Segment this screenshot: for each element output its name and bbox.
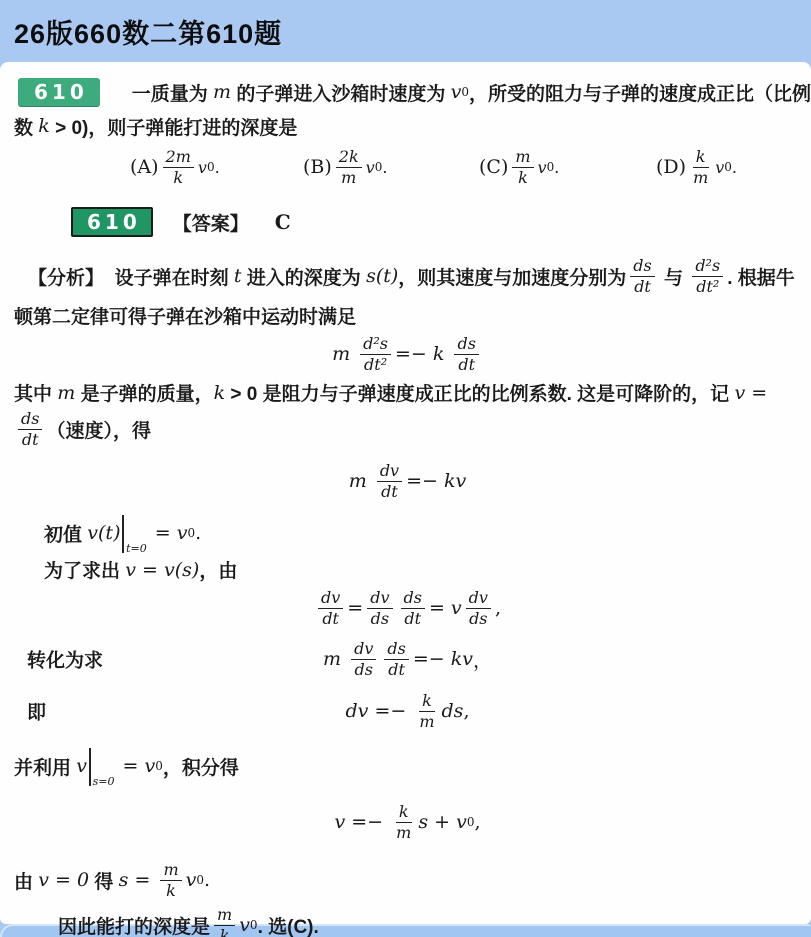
var-k: k bbox=[433, 343, 451, 365]
var-v: v bbox=[144, 755, 155, 777]
analysis-line-8: 由 v = 0 得 s = mk v0. bbox=[14, 859, 801, 901]
var-v-equals-vs: v = v(s) bbox=[125, 559, 199, 581]
answer-row: 610 【答案】 C bbox=[71, 206, 801, 238]
equals-minus: =− bbox=[395, 343, 433, 365]
analysis-text: 因此能打的深度是 bbox=[58, 912, 210, 937]
var-m: m bbox=[332, 343, 356, 365]
analysis-text: 是子弹的质量， bbox=[75, 379, 213, 406]
fraction-dv-dt: dvdt bbox=[318, 589, 343, 628]
var-ds: ds bbox=[442, 700, 464, 722]
equals-minus: =− bbox=[406, 470, 444, 492]
period: . bbox=[554, 158, 559, 177]
fraction-denominator: k bbox=[163, 881, 179, 900]
analysis-text: 进入的深度为 bbox=[242, 263, 367, 290]
var-v: v bbox=[186, 869, 197, 891]
var-k: k bbox=[214, 382, 226, 404]
fraction-dv-ds: dvds bbox=[351, 640, 376, 679]
plus: + bbox=[428, 811, 456, 833]
period: . bbox=[195, 522, 201, 544]
var-m: m bbox=[57, 382, 75, 404]
side-label-transform: 转化为求 bbox=[27, 646, 103, 673]
fraction-dv-ds: dvds bbox=[466, 589, 491, 628]
var-v: v bbox=[239, 914, 250, 936]
fraction-numerator: dv bbox=[351, 640, 376, 660]
equals: = bbox=[429, 597, 451, 619]
equals-minus: =− bbox=[351, 811, 389, 833]
analysis-text: 其中 bbox=[14, 379, 57, 406]
fraction-numerator: dv bbox=[377, 462, 402, 482]
analysis-text: 由 bbox=[14, 867, 38, 894]
formula-chain-rule: dvdt = dvds dsdt = v dvds , bbox=[14, 585, 801, 631]
fraction-denominator: k bbox=[217, 926, 233, 937]
option-a: (A) 2mk v0. bbox=[130, 148, 303, 187]
var-v-sub: 0 bbox=[724, 160, 732, 174]
fraction-numerator: dv bbox=[466, 589, 491, 609]
evaluation-subscript: t=0 bbox=[126, 542, 147, 555]
var-v-sub: 0 bbox=[547, 160, 555, 174]
formula-mdvdt: m dvdt =− kv bbox=[14, 458, 801, 504]
vertical-bar bbox=[122, 515, 124, 553]
analysis-text: ，积分得 bbox=[163, 753, 239, 780]
analysis-text: 初值 bbox=[44, 520, 87, 547]
side-label-namely: 即 bbox=[27, 698, 46, 725]
analysis-line-3: 其中 m 是子弹的质量， k > 0 是阻力与子弹速度成正比的比例系数. 这是可… bbox=[14, 379, 801, 406]
fraction-denominator: dt bbox=[401, 609, 424, 628]
analysis-text: 顿第二定律可得子弹在沙箱中运动时满足 bbox=[14, 302, 356, 329]
vertical-bar bbox=[89, 748, 91, 786]
analysis-text: 设子弹在时刻 bbox=[104, 263, 234, 290]
var-dv: dv bbox=[346, 700, 375, 722]
comma: , bbox=[495, 597, 501, 619]
period: . bbox=[382, 158, 387, 177]
analysis-line-1: 【分析】 设子弹在时刻 t 进入的深度为 s(t) ，则其速度与加速度分别为 d… bbox=[28, 252, 801, 300]
option-label: (A) bbox=[130, 156, 159, 178]
analysis-text: 得 bbox=[89, 867, 119, 894]
fraction-numerator: ds bbox=[384, 640, 408, 660]
fraction-denominator: dt bbox=[385, 660, 408, 679]
var-v: v bbox=[451, 81, 462, 103]
evaluation-bar: t=0 bbox=[122, 513, 146, 553]
fraction-numerator: m bbox=[160, 861, 181, 881]
page-title: 26版660数二第610题 bbox=[14, 12, 282, 51]
fraction-numerator: k bbox=[396, 803, 412, 823]
var-v-sub: 0 bbox=[461, 85, 469, 99]
var-v-sub: 0 bbox=[207, 160, 215, 174]
analysis-line-6: 为了求出 v = v(s) ，由 bbox=[44, 556, 801, 583]
fraction-numerator: k bbox=[693, 148, 709, 168]
fraction-dv-ds: dvds bbox=[367, 589, 392, 628]
equals: = bbox=[116, 755, 144, 777]
equals: = bbox=[128, 869, 156, 891]
fraction-k-m: km bbox=[416, 692, 437, 731]
fraction-ds-dt: dsdt bbox=[454, 335, 478, 374]
analysis-text: > 0 是阻力与子弹速度成正比的比例系数. 这是可降阶的，记 bbox=[225, 379, 734, 406]
var-m: m bbox=[213, 81, 231, 103]
var-v-of-t: v(t) bbox=[87, 522, 120, 544]
period: . bbox=[215, 158, 220, 177]
options-row: (A) 2mk v0. (B) 2km v0. (C) mk v0. (D) k… bbox=[14, 144, 801, 190]
analysis-text: 并利用 bbox=[14, 753, 76, 780]
analysis-label: 【分析】 bbox=[28, 263, 104, 290]
evaluation-subscript: s=0 bbox=[93, 775, 115, 788]
var-v: v bbox=[715, 158, 724, 177]
analysis-row-namely: 即 dv =− km ds , bbox=[14, 687, 801, 735]
fraction-ds-dt: dsdt bbox=[401, 589, 425, 628]
question-text: 的子弹进入沙箱时速度为 bbox=[231, 79, 451, 106]
fraction-denominator: dt bbox=[319, 609, 342, 628]
analysis-row-transform: 转化为求 m dvds dsdt =− kv ， bbox=[14, 635, 801, 683]
analysis-line-7: 并利用 v s=0 = v0 ，积分得 bbox=[14, 743, 801, 789]
var-v-sub: 0 bbox=[187, 526, 195, 540]
var-v-zero: v = 0 bbox=[38, 869, 89, 891]
fraction-numerator: ds bbox=[18, 410, 42, 430]
fraction-numerator: 2k bbox=[336, 148, 362, 168]
comma: ， bbox=[473, 646, 492, 673]
fraction-denominator: ds bbox=[368, 609, 392, 628]
option-label: (B) bbox=[303, 156, 332, 178]
question-line-2: 数 k > 0)，则子弹能打进的深度是 bbox=[14, 112, 801, 140]
var-s-of-t: s(t) bbox=[366, 265, 398, 287]
fraction-d2s-dt2: d²sdt² bbox=[360, 335, 391, 374]
fraction: 2mk bbox=[163, 148, 194, 187]
option-d: (D) km v0. bbox=[656, 148, 737, 187]
fraction-numerator: m bbox=[214, 906, 235, 926]
var-kv: kv bbox=[451, 648, 473, 670]
var-v-sub: 0 bbox=[375, 160, 383, 174]
fraction-ds-dt: dsdt bbox=[630, 257, 654, 296]
analysis-text: . 选(C). bbox=[258, 912, 319, 937]
fraction-numerator: ds bbox=[401, 589, 425, 609]
formula-velocity: v =− km s + v0 , bbox=[14, 799, 801, 845]
answer-label: 【答案】 bbox=[173, 209, 249, 236]
var-v-sub: 0 bbox=[467, 815, 475, 829]
var-v: v bbox=[198, 158, 207, 177]
var-v: v bbox=[538, 158, 547, 177]
analysis-line-4: dsdt （速度），得 bbox=[14, 408, 801, 450]
var-k: k bbox=[38, 115, 50, 137]
question-text: ，所受的阻力与子弹的速度成正比（比例系 bbox=[469, 79, 811, 106]
var-v: v bbox=[456, 811, 467, 833]
var-v: v bbox=[76, 755, 87, 777]
fraction-numerator: d²s bbox=[692, 257, 723, 277]
comma: , bbox=[474, 811, 480, 833]
fraction-denominator: ds bbox=[351, 660, 375, 679]
comma: , bbox=[463, 700, 469, 722]
fraction-denominator: m bbox=[690, 168, 711, 187]
fraction-numerator: m bbox=[512, 148, 533, 168]
question-text: 数 bbox=[14, 113, 38, 140]
equals-minus: =− bbox=[374, 700, 412, 722]
fraction-numerator: ds bbox=[454, 335, 478, 355]
fraction-denominator: m bbox=[393, 823, 414, 842]
question-line-1: 610 一质量为 m 的子弹进入沙箱时速度为 v0 ，所受的阻力与子弹的速度成正… bbox=[18, 78, 801, 106]
fraction-numerator: 2m bbox=[163, 148, 194, 168]
period: . bbox=[204, 869, 210, 891]
formula-newton: m d²sdt² =− k dsdt bbox=[14, 331, 801, 377]
var-t: t bbox=[234, 265, 242, 287]
equals: = bbox=[149, 522, 177, 544]
fraction-denominator: dt bbox=[378, 482, 401, 501]
equals-minus: =− bbox=[413, 648, 451, 670]
fraction: 2km bbox=[336, 148, 362, 187]
analysis-text: （速度），得 bbox=[46, 416, 151, 443]
analysis-text: 为了求出 bbox=[44, 556, 125, 583]
analysis-text: ，则其速度与加速度分别为 bbox=[398, 263, 626, 290]
analysis-line-5: 初值 v(t) t=0 = v0. bbox=[44, 512, 801, 554]
fraction-dv-dt: dvdt bbox=[377, 462, 402, 501]
var-v: v bbox=[366, 158, 375, 177]
header-bar: 26版660数二第610题 bbox=[0, 0, 811, 62]
fraction-denominator: dt bbox=[455, 355, 478, 374]
var-m: m bbox=[323, 648, 347, 670]
fraction: km bbox=[690, 148, 711, 187]
var-s: s bbox=[418, 811, 428, 833]
fraction-denominator: m bbox=[416, 712, 437, 731]
fraction-denominator: m bbox=[338, 168, 359, 187]
question-number-badge: 610 bbox=[18, 78, 100, 106]
option-label: (C) bbox=[479, 156, 508, 178]
answer-value: C bbox=[275, 210, 291, 234]
fraction-denominator: k bbox=[515, 168, 531, 187]
fraction-denominator: k bbox=[170, 168, 186, 187]
fraction-denominator: dt bbox=[19, 430, 42, 449]
var-v-sub: 0 bbox=[196, 873, 204, 887]
fraction-d2s-dt2: d²sdt² bbox=[692, 257, 723, 296]
option-label: (D) bbox=[656, 156, 686, 178]
fraction: mk bbox=[512, 148, 533, 187]
fraction-m-k: mk bbox=[214, 906, 235, 937]
fraction-numerator: ds bbox=[630, 257, 654, 277]
content-card: 610 一质量为 m 的子弹进入沙箱时速度为 v0 ，所受的阻力与子弹的速度成正… bbox=[0, 62, 811, 924]
period: . bbox=[732, 158, 737, 177]
equals: = bbox=[745, 382, 767, 404]
analysis-line-2: 顿第二定律可得子弹在沙箱中运动时满足 bbox=[14, 302, 801, 329]
question-text: > 0)，则子弹能打进的深度是 bbox=[50, 113, 298, 140]
option-c: (C) mk v0. bbox=[479, 148, 656, 187]
analysis-text: ，由 bbox=[199, 556, 237, 583]
fraction-k-m: km bbox=[393, 803, 414, 842]
evaluation-bar: s=0 bbox=[89, 746, 114, 786]
var-v: v bbox=[334, 811, 351, 833]
fraction-denominator: dt bbox=[631, 277, 654, 296]
var-kv: kv bbox=[444, 470, 466, 492]
equals: = bbox=[347, 597, 363, 619]
option-b: (B) 2km v0. bbox=[303, 148, 479, 187]
var-v-sub: 0 bbox=[155, 759, 163, 773]
fraction-denominator: dt² bbox=[361, 355, 390, 374]
fraction-ds-dt: dsdt bbox=[18, 410, 42, 449]
var-v-sub: 0 bbox=[250, 918, 258, 932]
var-v: v bbox=[734, 382, 745, 404]
var-v: v bbox=[177, 522, 188, 544]
fraction-numerator: dv bbox=[367, 589, 392, 609]
analysis-text: . 根据牛 bbox=[727, 263, 795, 290]
fraction-denominator: ds bbox=[466, 609, 490, 628]
fraction-m-k: mk bbox=[160, 861, 181, 900]
var-s: s bbox=[119, 869, 129, 891]
question-text: 一质量为 bbox=[132, 79, 213, 106]
var-v: v bbox=[451, 597, 462, 619]
fraction-numerator: k bbox=[419, 692, 435, 712]
fraction-numerator: d²s bbox=[360, 335, 391, 355]
analysis-text: 与 bbox=[659, 263, 689, 290]
fraction-numerator: dv bbox=[318, 589, 343, 609]
fraction-ds-dt: dsdt bbox=[384, 640, 408, 679]
fraction-denominator: dt² bbox=[693, 277, 722, 296]
var-m: m bbox=[349, 470, 373, 492]
answer-number-badge: 610 bbox=[71, 207, 153, 237]
